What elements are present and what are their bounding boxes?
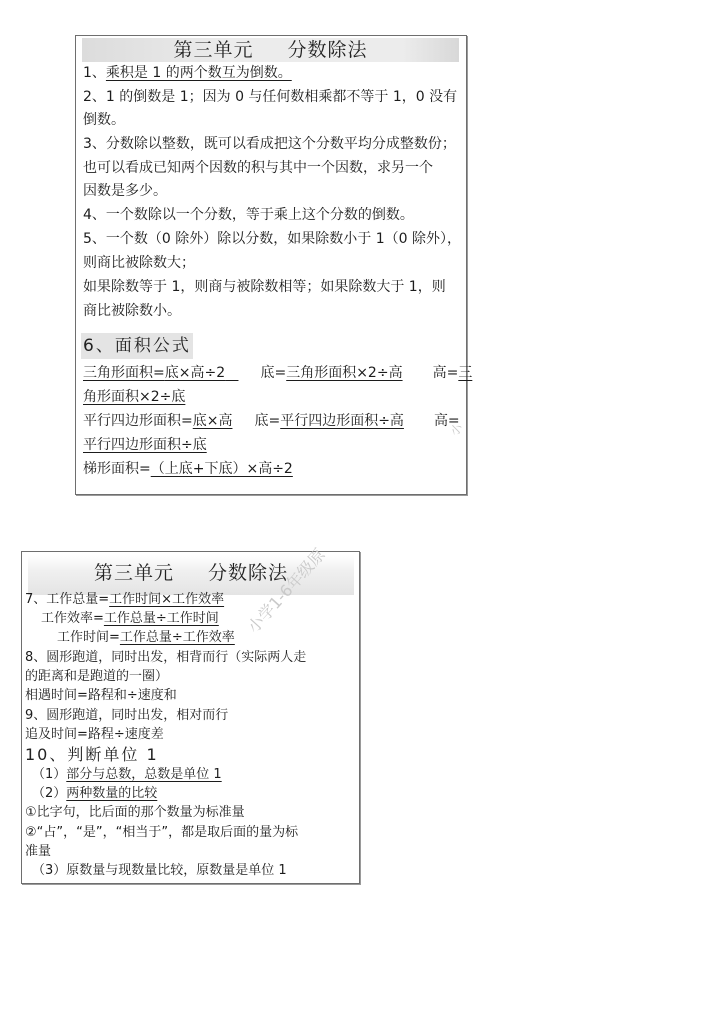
work-time-expr: 工作总量÷工作效率 [120, 630, 235, 645]
parallelogram-formulas-line1: 平行四边形面积=底×高底=平行四边形面积÷高高= [83, 411, 460, 431]
section-heading-area-formulas: 6、面积公式 [81, 333, 193, 359]
meeting-time-formula: 相遇时间=路程和÷速度和 [25, 687, 177, 705]
work-total-expr: 工作时间×工作效率 [109, 592, 224, 607]
rule-4: 4、一个数除以一个分数，等于乘上这个分数的倒数。 [83, 205, 414, 225]
unit-one-item-3: （3）原数量与现数量比较，原数量是单位 1 [32, 862, 287, 880]
work-total-label: 7、工作总量= [25, 592, 109, 607]
rule-5-line1: 5、一个数（0 除外）除以分数，如果除数小于 1（0 除外）， [83, 229, 461, 249]
rule-8-line2: 的距离和是跑道的一圈） [25, 668, 168, 686]
section-heading-unit-one: 10、判断单位 1 [25, 745, 159, 765]
unit-one-sub-1: ①比字句，比后面的那个数量为标准量 [25, 804, 245, 822]
unit-one-item-2: （2）两种数量的比较 [32, 785, 157, 803]
work-total-formula: 7、工作总量=工作时间×工作效率 [25, 591, 224, 609]
item-text: 两种数量的比较 [66, 786, 157, 801]
triangle-formulas-line1: 三角形面积=底×高÷2 底=三角形面积×2÷高高=三 [83, 363, 472, 383]
rule-5-line4: 商比被除数小。 [83, 301, 181, 321]
triangle-base-formula: 三角形面积×2÷高 [286, 365, 402, 381]
parallelogram-height-formula: 平行四边形面积÷底 [83, 437, 207, 453]
unit-topic: 分数除法 [208, 562, 288, 584]
triangle-formulas-line2: 角形面积×2÷底 [83, 387, 185, 407]
rule-5-line3: 如果除数等于 1，则商与被除数相等；如果除数大于 1，则 [83, 277, 446, 297]
triangle-base-label: 底= [260, 365, 286, 381]
item-number: （2） [32, 786, 66, 801]
work-efficiency-expr: 工作总量÷工作时间 [104, 611, 219, 626]
parallelogram-area-formula: 底×高 [193, 413, 233, 429]
work-time-label: 工作时间= [57, 630, 120, 645]
card-title: 第三单元分数除法 [82, 38, 459, 62]
parallelogram-base-label: 底= [254, 413, 280, 429]
rule-number: 1、 [83, 65, 106, 81]
triangle-height-formula: 三 [458, 365, 472, 381]
parallelogram-area-label: 平行四边形面积= [83, 413, 193, 429]
work-time-formula: 工作时间=工作总量÷工作效率 [57, 629, 235, 647]
triangle-area-label: 三角形面积= [83, 365, 165, 381]
unit-label: 第三单元 [94, 562, 174, 584]
triangle-area-formula: 底×高÷2 [165, 365, 225, 381]
rule-2-line1: 2、1 的倒数是 1；因为 0 与任何数相乘都不等于 1，0 没有 [83, 87, 457, 107]
unit-one-sub-2-line2: 准量 [25, 843, 51, 861]
card-title: 第三单元分数除法 [28, 555, 354, 595]
rule-2-line2: 倒数。 [83, 110, 125, 130]
unit-label: 第三单元 [173, 39, 253, 61]
unit-one-item-1: （1）部分与总数，总数是单位 1 [32, 766, 222, 784]
trapezoid-area-formula: （上底+下底）×高÷2 [151, 461, 293, 477]
rule-5-line2: 则商比被除数大； [83, 253, 195, 273]
rule-text: 乘积是 1 的两个数互为倒数。 [106, 65, 292, 81]
rule-3-line3: 因数是多少。 [83, 181, 167, 201]
parallelogram-formulas-line2: 平行四边形面积÷底 [83, 435, 207, 455]
chase-time-formula: 追及时间=路程÷速度差 [25, 726, 164, 744]
notes-card-unit3-part2: 第三单元分数除法 7、工作总量=工作时间×工作效率 工作效率=工作总量÷工作时间… [21, 551, 360, 884]
parallelogram-height-label: 高= [434, 413, 460, 429]
rule-3-line1: 3、分数除以整数，既可以看成把这个分数平均分成整数份； [83, 134, 456, 154]
trapezoid-formula: 梯形面积=（上底+下底）×高÷2 [83, 459, 293, 479]
notes-card-unit3-part1: 第三单元分数除法 1、乘积是 1 的两个数互为倒数。 2、1 的倒数是 1；因为… [75, 35, 467, 495]
item-text: 部分与总数，总数是单位 1 [66, 767, 221, 782]
triangle-height-label: 高= [433, 365, 459, 381]
triangle-height-formula-cont: 角形面积×2÷底 [83, 389, 185, 405]
unit-topic: 分数除法 [288, 39, 368, 61]
item-number: （1） [32, 767, 66, 782]
parallelogram-base-formula: 平行四边形面积÷高 [280, 413, 404, 429]
rule-1: 1、乘积是 1 的两个数互为倒数。 [83, 63, 292, 83]
rule-9: 9、圆形跑道，同时出发，相对而行 [25, 707, 228, 725]
unit-one-sub-2-line1: ②“占”，“是”，“相当于”，都是取后面的量为标 [25, 824, 298, 842]
trapezoid-area-label: 梯形面积= [83, 461, 151, 477]
rule-3-line2: 也可以看成已知两个因数的积与其中一个因数，求另一个 [83, 158, 433, 178]
work-efficiency-label: 工作效率= [41, 611, 104, 626]
rule-8-line1: 8、圆形跑道，同时出发，相背而行（实际两人走 [25, 649, 306, 667]
work-efficiency-formula: 工作效率=工作总量÷工作时间 [41, 610, 219, 628]
